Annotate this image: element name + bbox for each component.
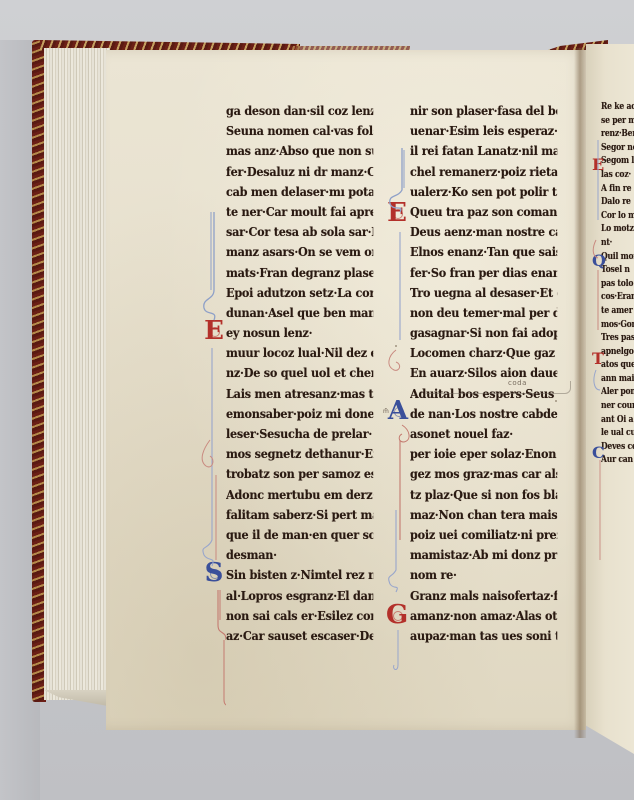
text-column-recto: Re ke ao se per mai renz·Ben Segor nom S… <box>601 101 634 468</box>
text-line: mos·Gon <box>601 319 634 333</box>
text-line: Deves ce <box>601 441 634 455</box>
text-line: az·Car sauset escaser·Del ue <box>226 626 373 646</box>
text-line: dunan·Asel que ben man· <box>226 303 373 323</box>
text-line: Seuna nomen cal·vas fols <box>226 121 373 141</box>
text-line: te amer <box>601 305 634 319</box>
text-line: chel remanerz·poiz rietaz m <box>410 162 557 182</box>
text-line: renz·Ben <box>601 128 634 142</box>
text-line: te ner·Car moult fai apre <box>226 202 373 222</box>
text-line: ey nosun lenz· <box>226 323 373 343</box>
text-line: fer·Desaluz ni dr manz·Cug <box>226 162 373 182</box>
text-line: desman· <box>226 545 373 565</box>
text-line: Sin bisten z·Nimtel rez niri <box>226 565 373 585</box>
text-line: Cor lo m <box>601 210 634 224</box>
text-line: ga deson dan·sil coz lenz· <box>226 101 373 121</box>
text-line: cab men delaser·mı pota te <box>226 182 373 202</box>
text-line: poiz uei comiliatz·ni prez <box>410 525 557 545</box>
text-line: cos·Eran <box>601 291 634 305</box>
text-line: Elnos enanz·Tan que saisin <box>410 242 557 262</box>
text-line: apnelgo <box>601 346 634 360</box>
text-line: trobatz son per samoz es parz· <box>226 464 373 484</box>
text-line: tz plaz·Que si non fos blas <box>410 485 557 505</box>
gutter-shadow <box>574 48 586 738</box>
text-line: Aur can <box>601 454 634 468</box>
text-line: emonsaber·poiz mi donet <box>226 404 373 424</box>
text-line: asonet nouel faz· <box>410 424 557 444</box>
text-line: se per mai <box>601 115 634 129</box>
text-line: falitam saberz·Si pert mas <box>226 505 373 525</box>
text-line: maz·Non chan tera mais re· <box>410 505 557 525</box>
text-line: non sai cals er·Esilez corell <box>226 606 373 626</box>
text-line: Dalo re <box>601 196 634 210</box>
text-line: nir son plaser·fasa del ben <box>410 101 557 121</box>
text-line: Tro uegna al desaser·Et om <box>410 283 557 303</box>
rubric-guide-box <box>426 381 571 394</box>
text-line: Tres pas on <box>601 332 634 346</box>
text-line: fer·So fran per dias enanz· <box>410 263 557 283</box>
text-line: Adonc mertubu em derz·E <box>226 485 373 505</box>
text-line: Locomen charz·Que gaz cons· <box>410 343 557 363</box>
page-block-edges <box>44 48 110 700</box>
text-line: amanz·non amaz·Alas otas <box>410 606 557 626</box>
text-line: Deus aenz·man nostre captal· <box>410 222 557 242</box>
text-line: ann mais <box>601 373 634 387</box>
text-line: non deu temer·mal per den <box>410 303 557 323</box>
text-line: ner cour <box>601 400 634 414</box>
text-line: nt· <box>601 237 634 251</box>
text-line: al·Lopros esgranz·El danz <box>226 586 373 606</box>
marginal-note: coda <box>508 379 527 387</box>
text-line: Lo motz <box>601 223 634 237</box>
text-line: mats·Fran degranz plaser· <box>226 263 373 283</box>
text-line: mamistaz·Ab mi donz pro <box>410 545 557 565</box>
text-line: manz asars·On se vem ora <box>226 242 373 262</box>
text-line: Segom lo <box>601 155 634 169</box>
text-line: Aler pon <box>601 386 634 400</box>
text-line: ualerz·Ko sen pot polir tan· <box>410 182 557 202</box>
text-line: Granz mals naisofertaz·fin· <box>410 586 557 606</box>
text-line: Lais men atresanz·mas trop <box>226 384 373 404</box>
text-line: atos ques <box>601 359 634 373</box>
text-column-b: nir son plaser·fasa del ben uenar·Esim l… <box>410 101 570 646</box>
text-line: Re ke ao <box>601 101 634 115</box>
text-line: mos segnetz dethanur·Emos <box>226 444 373 464</box>
text-line: Segor nom <box>601 142 634 156</box>
text-line: uenar·Esim leis esperaz·e <box>410 121 557 141</box>
text-line: que il de man·en quer soco <box>226 525 373 545</box>
text-line: gasagnar·Si non fai adoptai· <box>410 323 557 343</box>
text-line: il rei fatan Lanatz·nil mas <box>410 141 557 161</box>
text-line: Epoi adutzon setz·La cortela <box>226 283 373 303</box>
pen-flourish-column-a <box>196 210 226 710</box>
text-line: A fin re <box>601 183 634 197</box>
text-line: las coz· <box>601 169 634 183</box>
text-line: ant Oi a <box>601 414 634 428</box>
text-line: gez mos graz·mas car als aue <box>410 464 557 484</box>
text-line: pas tolo <box>601 278 634 292</box>
text-line: nom re· <box>410 565 557 585</box>
text-line: muur locoz lual·Nil dez ena <box>226 343 373 363</box>
text-line: le ual cu <box>601 427 634 441</box>
text-column-a: ga deson dan·sil coz lenz· Seuna nomen c… <box>226 101 386 646</box>
marginal-mark: m̃ <box>383 408 389 415</box>
text-line: per ioie eper solaz·Enon es <box>410 444 557 464</box>
text-line: mas anz·Abso que non su <box>226 141 373 161</box>
pen-flourish-recto <box>590 140 604 620</box>
text-line: de nan·Los nostre cabdelan· <box>410 404 557 424</box>
text-line: aupaz·man tas ues soni taz· <box>410 626 557 646</box>
text-line: leser·Sesucha de prelar· <box>226 424 373 444</box>
text-line: sar·Cor tesa ab sola sar·En <box>226 222 373 242</box>
text-line: Queu tra paz son coman· <box>410 202 557 222</box>
text-line: nz·De so quel uol et cher·quá <box>226 363 373 383</box>
